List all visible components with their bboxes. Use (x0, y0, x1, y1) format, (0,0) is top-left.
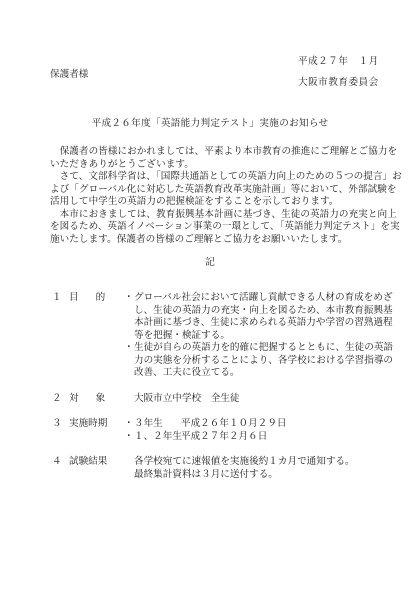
items-list: １ 目的 ・ グローバル社会において活躍し貢献できる人材の育成をめざ し、生徒の… (50, 292, 380, 494)
schedule-row: ・ ３年生平成２６年１０月２９日 (124, 418, 380, 431)
body-line: 施いたします。保護者の皆様のご理解とご協力をお願いいたします。 (50, 234, 372, 247)
ki-heading: 記 (0, 257, 420, 270)
body-line: 活用して中学生の英語力の把握検証をすることを示しております。 (50, 196, 372, 209)
schedule-grade: ３年生 (134, 418, 181, 431)
item-label: 試験結果 (69, 456, 107, 469)
body-line: いただきありがとうございます。 (50, 159, 372, 172)
body-line: さて、文部科学省は、「国際共通語としての英語力向上のための５つの提言」お (50, 171, 372, 184)
item-number: １ (52, 292, 62, 305)
item-label: 実施時期 (69, 418, 107, 431)
document-title: 平成２６年度「英語能力判定テスト」実施のお知らせ (0, 118, 420, 131)
item-number: ３ (52, 418, 62, 431)
sender: 大阪市教育委員会 (298, 77, 379, 90)
item-content: 各学校宛てに速報値を実施後約１カ月で通知する。 最終集計資料は３月に送付する。 (124, 456, 380, 481)
item-label: 目的 (69, 292, 105, 305)
bullet-mark: ・ (124, 292, 134, 305)
body-line: 保護者の皆様におかれましては、平素より本市教育の推進にご理解とご協力を (50, 146, 372, 159)
item-target: ２ 対象 大阪市立中学校 全生徒 (50, 393, 380, 406)
bullet-point: ・ 生徒が自らの英語力を的確に把握するとともに、生徒の英語 力の実態を分析するこ… (124, 342, 380, 380)
item-schedule: ３ 実施時期 ・ ３年生平成２６年１０月２９日 ・ １、２年生平成２７年２月６日 (50, 418, 380, 443)
schedule-grade: １、２年生 (134, 431, 181, 444)
item-label: 対象 (69, 393, 105, 406)
body-line: を図るため、英語イノベーション事業の一環として、「英語能力判定テスト」を実 (50, 221, 372, 234)
schedule-date: 平成２６年１０月２９日 (181, 418, 287, 429)
letter-date: 平成２７年 １月 (298, 56, 379, 69)
body-line: よび「グローバル化に対応した英語教育改革実施計画」等において、外部試験を (50, 184, 372, 197)
item-results: ４ 試験結果 各学校宛てに速報値を実施後約１カ月で通知する。 最終集計資料は３月… (50, 456, 380, 481)
schedule-date: 平成２７年２月６日 (181, 431, 267, 442)
schedule-row: ・ １、２年生平成２７年２月６日 (124, 431, 380, 444)
item-number: ４ (52, 456, 62, 469)
salutation: 保護者様 (50, 69, 88, 82)
bullet-mark: ・ (124, 342, 134, 355)
bullet-point: ・ グローバル社会において活躍し貢献できる人材の育成をめざ し、生徒の英語力の充… (124, 292, 380, 342)
item-number: ２ (52, 393, 62, 406)
item-content: 大阪市立中学校 全生徒 (124, 393, 380, 406)
body-line: 本市におきましては、教育振興基本計画に基づき、生徒の英語力の充実と向上 (50, 209, 372, 222)
item-content: ・ グローバル社会において活躍し貢献できる人材の育成をめざ し、生徒の英語力の充… (124, 292, 380, 380)
item-purpose: １ 目的 ・ グローバル社会において活躍し貢献できる人材の育成をめざ し、生徒の… (50, 292, 380, 380)
body-text: 保護者の皆様におかれましては、平素より本市教育の推進にご理解とご協力を いただき… (50, 146, 372, 246)
item-content: ・ ３年生平成２６年１０月２９日 ・ １、２年生平成２７年２月６日 (124, 418, 380, 443)
